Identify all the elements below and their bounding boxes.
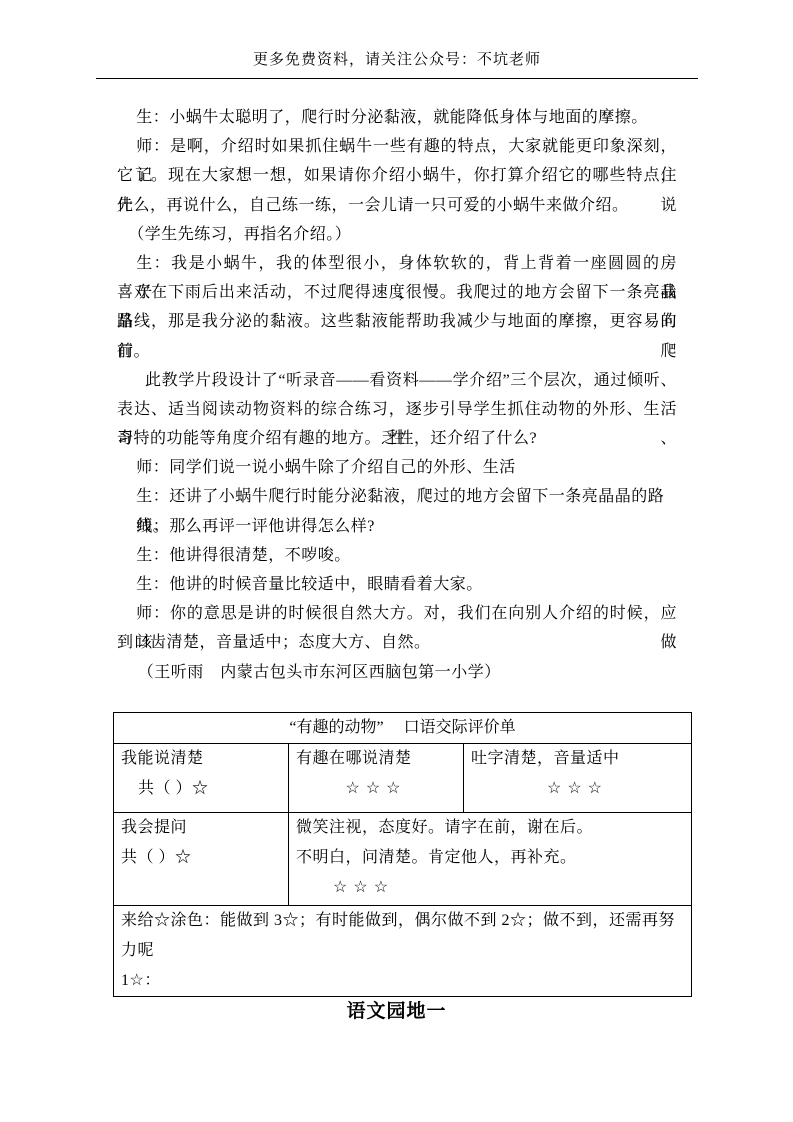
page-header: 更多免费资料，请关注公众号：不坑老师 — [96, 48, 698, 79]
text-line: 它了。现在大家想一想，如果请你介绍小蜗牛，你打算介绍它的哪些特点，先说 — [117, 161, 677, 190]
table-title-cell: “有趣的动物” 口语交际评价单 — [114, 713, 692, 744]
cell-listening-manners: 微笑注视，态度好。请字在前，谢在后。 不明白，问清楚。肯定他人，再补充。 ☆☆☆ — [289, 813, 692, 906]
cell-label: 我会提问 — [114, 813, 288, 843]
text-line: 师：那么再评一评他讲得怎么样? — [117, 512, 677, 541]
text-line: 路线，那是我分泌的黏液。这些黏液能帮助我减少与地面的摩擦，更容易向前爬 — [117, 307, 677, 336]
cell-can-ask-questions: 我会提问 共（ ）☆ — [114, 813, 289, 906]
cell-stars: ☆☆☆ — [289, 873, 691, 903]
text-line: 师：同学们说一说小蜗牛除了介绍自己的外形、生活 — [117, 453, 677, 482]
document-page: 更多免费资料，请关注公众号：不坑老师 生：小蜗牛太聪明了，爬行时分泌黏液，就能降… — [0, 0, 793, 1122]
cell-label: 吐字清楚，音量适中 — [464, 744, 691, 774]
cell-text: 来给☆涂色：能做到 3☆；有时能做到，偶尔做不到 2☆；做不到，还需再努力呢 — [114, 906, 691, 966]
text-line: 生：他讲得很清楚，不哕唆。 — [117, 541, 677, 570]
cell-text: 微笑注视，态度好。请字在前，谢在后。 — [289, 813, 691, 843]
text-line: （王听雨 内蒙古包头市东河区西脑包第一小学） — [117, 658, 677, 687]
cell-score: 共（ ）☆ — [114, 774, 288, 804]
cell-label: 有趣在哪说清楚 — [289, 744, 463, 774]
cell-label: 我能说清楚 — [114, 744, 288, 774]
cell-stars: ☆☆☆ — [464, 774, 691, 804]
cell-text: 不明白，问清楚。肯定他人，再补充。 — [289, 843, 691, 873]
text-line: 什么，再说什么，自己练一练，一会儿请一只可爱的小蜗牛来做介绍。 — [117, 191, 677, 220]
text-line: （学生先练习，再指名介绍。） — [117, 220, 677, 249]
cell-interesting-points: 有趣在哪说清楚 ☆☆☆ — [289, 744, 464, 813]
text-line: 师：你的意思是讲的时候很自然大方。对，我们在向别人介绍的时候，应该做 — [117, 599, 677, 628]
text-line: 生：小蜗牛太聪明了，爬行时分泌黏液，就能降低身体与地面的摩擦。 — [117, 103, 677, 132]
table-title: “有趣的动物” 口语交际评价单 — [289, 719, 515, 736]
cell-stars: ☆☆☆ — [289, 774, 463, 804]
cell-text: 1☆： — [114, 966, 691, 996]
section-heading: 语文园地一 — [0, 996, 793, 1023]
text-line: 生：他讲的时候音量比较适中，眼睛看着大家。 — [117, 570, 677, 599]
evaluation-table: “有趣的动物” 口语交际评价单 我能说清楚 共（ ）☆ 有趣在哪说清楚 ☆☆☆ … — [113, 712, 692, 997]
cell-coloring-instructions: 来给☆涂色：能做到 3☆；有时能做到，偶尔做不到 2☆；做不到，还需再努力呢 1… — [114, 906, 692, 997]
text-line: 生：还讲了小蜗牛爬行时能分泌黏液，爬过的地方会留下一条亮晶晶的路线。 — [117, 482, 677, 511]
header-text: 更多免费资料，请关注公众号：不坑老师 — [253, 52, 541, 68]
cell-clear-pronunciation: 吐字清楚，音量适中 ☆☆☆ — [464, 744, 692, 813]
text-line: 生：我是小蜗牛，我的体型很小，身体软软的，背上背着一座圆圆的房子，我 — [117, 249, 677, 278]
cell-score: 共（ ）☆ — [114, 843, 288, 873]
cell-can-speak-clearly: 我能说清楚 共（ ）☆ — [114, 744, 289, 813]
text-line: 表达、适当阅读动物资料的综合练习，逐步引导学生抓住动物的外形、生活习性、 — [117, 395, 677, 424]
body-text: 生：小蜗牛太聪明了，爬行时分泌黏液，就能降低身体与地面的摩擦。师：是啊，介绍时如… — [117, 103, 677, 687]
text-line: 喜欢在下雨后出来活动，不过爬得速度很慢。我爬过的地方会留下一条亮晶晶的 — [117, 278, 677, 307]
text-line: 此教学片段设计了“听录音——看资料——学介绍”三个层次，通过倾听、 — [117, 366, 677, 395]
text-line: 师：是啊，介绍时如果抓住蜗牛一些有趣的特点，大家就能更印象深刻，记住 — [117, 132, 677, 161]
